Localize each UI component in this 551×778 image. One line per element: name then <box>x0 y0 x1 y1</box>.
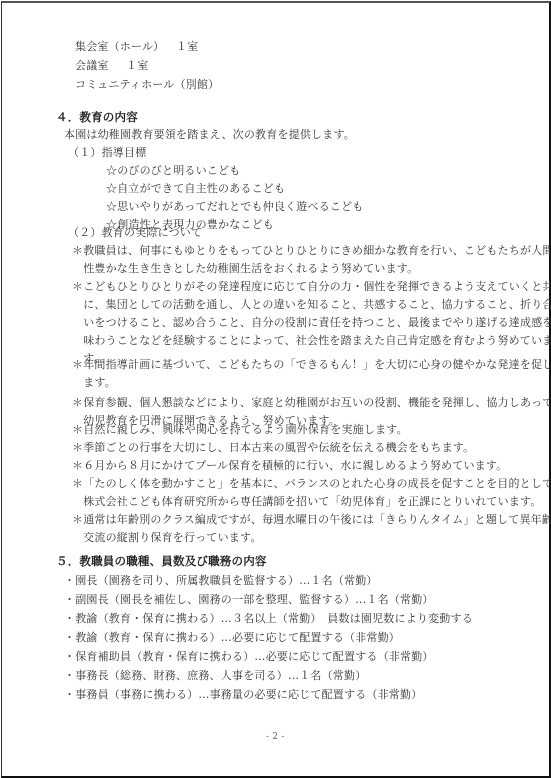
staff-item: ・園長（園務を司り、所属教職員を監督する）…１名（常勤） <box>64 574 378 588</box>
document-page: 集会室（ホール） １室 会議室 １室 コミュニティホール（別館） ４．教育の内容… <box>1 1 551 778</box>
goal-item: ☆思いやりがあってだれとでも仲良く遊べるこども <box>106 200 364 214</box>
staff-item: ・事務長（総務、財務、庶務、人事を司る）…１名（常勤） <box>64 669 366 683</box>
page-number: - 2 - <box>266 730 285 744</box>
practice-line: 株式会社こども体育研究所から専任講師を招いて「幼児体育」を正課にとりいれています… <box>72 495 542 509</box>
practice-line: ＊季節ごとの行事を大切にし、日本古来の風習や伝統を伝える機会をもちます。 <box>72 441 474 455</box>
practice-line: ＊こどもひとりひとりがその発達程度に応じて自分の力・個性を発揮できるよう支えてい… <box>72 280 551 294</box>
section-5-heading: ５．教職員の職種、員数及び職務の内容 <box>56 554 267 568</box>
practice-line: ＊６月から８月にかけてプール保育を積極的に行い、水に親しめるよう努めています。 <box>72 459 507 473</box>
practice-line: ＊「たのしく体を動かすこと」を基本に、バランスのとれた心身の成長を促すことを目的… <box>72 477 551 491</box>
practice-line: ＊年間指導計画に基づいて、こどもたちの「できるもん！」を大切に心身の健やかな発達… <box>72 358 551 372</box>
practice-line: ＊保育参観、個人懇談などにより、家庭と幼稚園がお互いの役割、機能を発揮し、協力し… <box>72 396 551 410</box>
facility-name-hall: 集会室（ホール） <box>75 40 164 54</box>
staff-item: ・副園長（園長を補佐し、園務の一部を整理、監督する）…１名（常勤） <box>64 593 434 607</box>
facility-count-hall: １室 <box>176 40 198 54</box>
section-4-intro: 本園は幼稚園教育要領を踏まえ、次の教育を提供します。 <box>64 128 355 142</box>
staff-item: ・教諭（教育・保育に携わる）…３名以上（常勤） 員数は園児数により変動する <box>64 612 473 626</box>
practice-line: 性豊かな生き生きとした幼稚園生活をおくれるよう努めています。 <box>72 262 418 276</box>
subsection-1-heading: （１）指導目標 <box>68 146 146 160</box>
facility-count-meeting: １室 <box>126 59 148 73</box>
practice-line: いをつけること、認め合うこと、自分の役割に責任を持つこと、最後までやり遂げる達成… <box>72 316 551 330</box>
practice-line: ます。 <box>72 376 116 390</box>
section-4-heading: ４．教育の内容 <box>56 110 138 124</box>
practice-line: ＊通常は年齢別のクラス編成ですが、毎週水曜日の午後には「きらりんタイム」と題して… <box>72 513 551 527</box>
staff-item: ・教諭（教育・保育に携わる）…必要に応じて配置する（非常勤） <box>64 631 400 645</box>
practice-line: 味わうことなどを経験することによって、社会性を踏まえた自己肯定感を育むよう努めて… <box>72 334 551 348</box>
practice-line: ＊教職員は、何事にもゆとりをもってひとりひとりにきめ細かな教育を行い、こどもたち… <box>72 244 551 258</box>
facility-name-community: コミュニティホール（別館） <box>75 78 219 92</box>
facility-name-meeting: 会議室 <box>75 59 109 73</box>
staff-item: ・事務員（事務に携わる）…事務量の必要に応じて配置する（非常勤） <box>64 688 422 702</box>
practice-line: ＊自然に親しみ、興味や関心を持てるよう園外保育を実施します。 <box>72 423 408 437</box>
goal-item: ☆自立ができて自主性のあるこども <box>106 182 285 196</box>
practice-line: 交流の縦割り保育を行っています。 <box>72 531 262 545</box>
practice-line: に、集団としての活動を通し、人との違いを知ること、共感すること、協力すること、折… <box>72 298 551 312</box>
subsection-2-heading: （２）教育の実際について <box>68 226 202 240</box>
staff-item: ・保育補助員（教育・保育に携わる）…必要に応じて配置する（非常勤） <box>64 650 434 664</box>
goal-item: ☆のびのびと明るいこども <box>106 164 240 178</box>
